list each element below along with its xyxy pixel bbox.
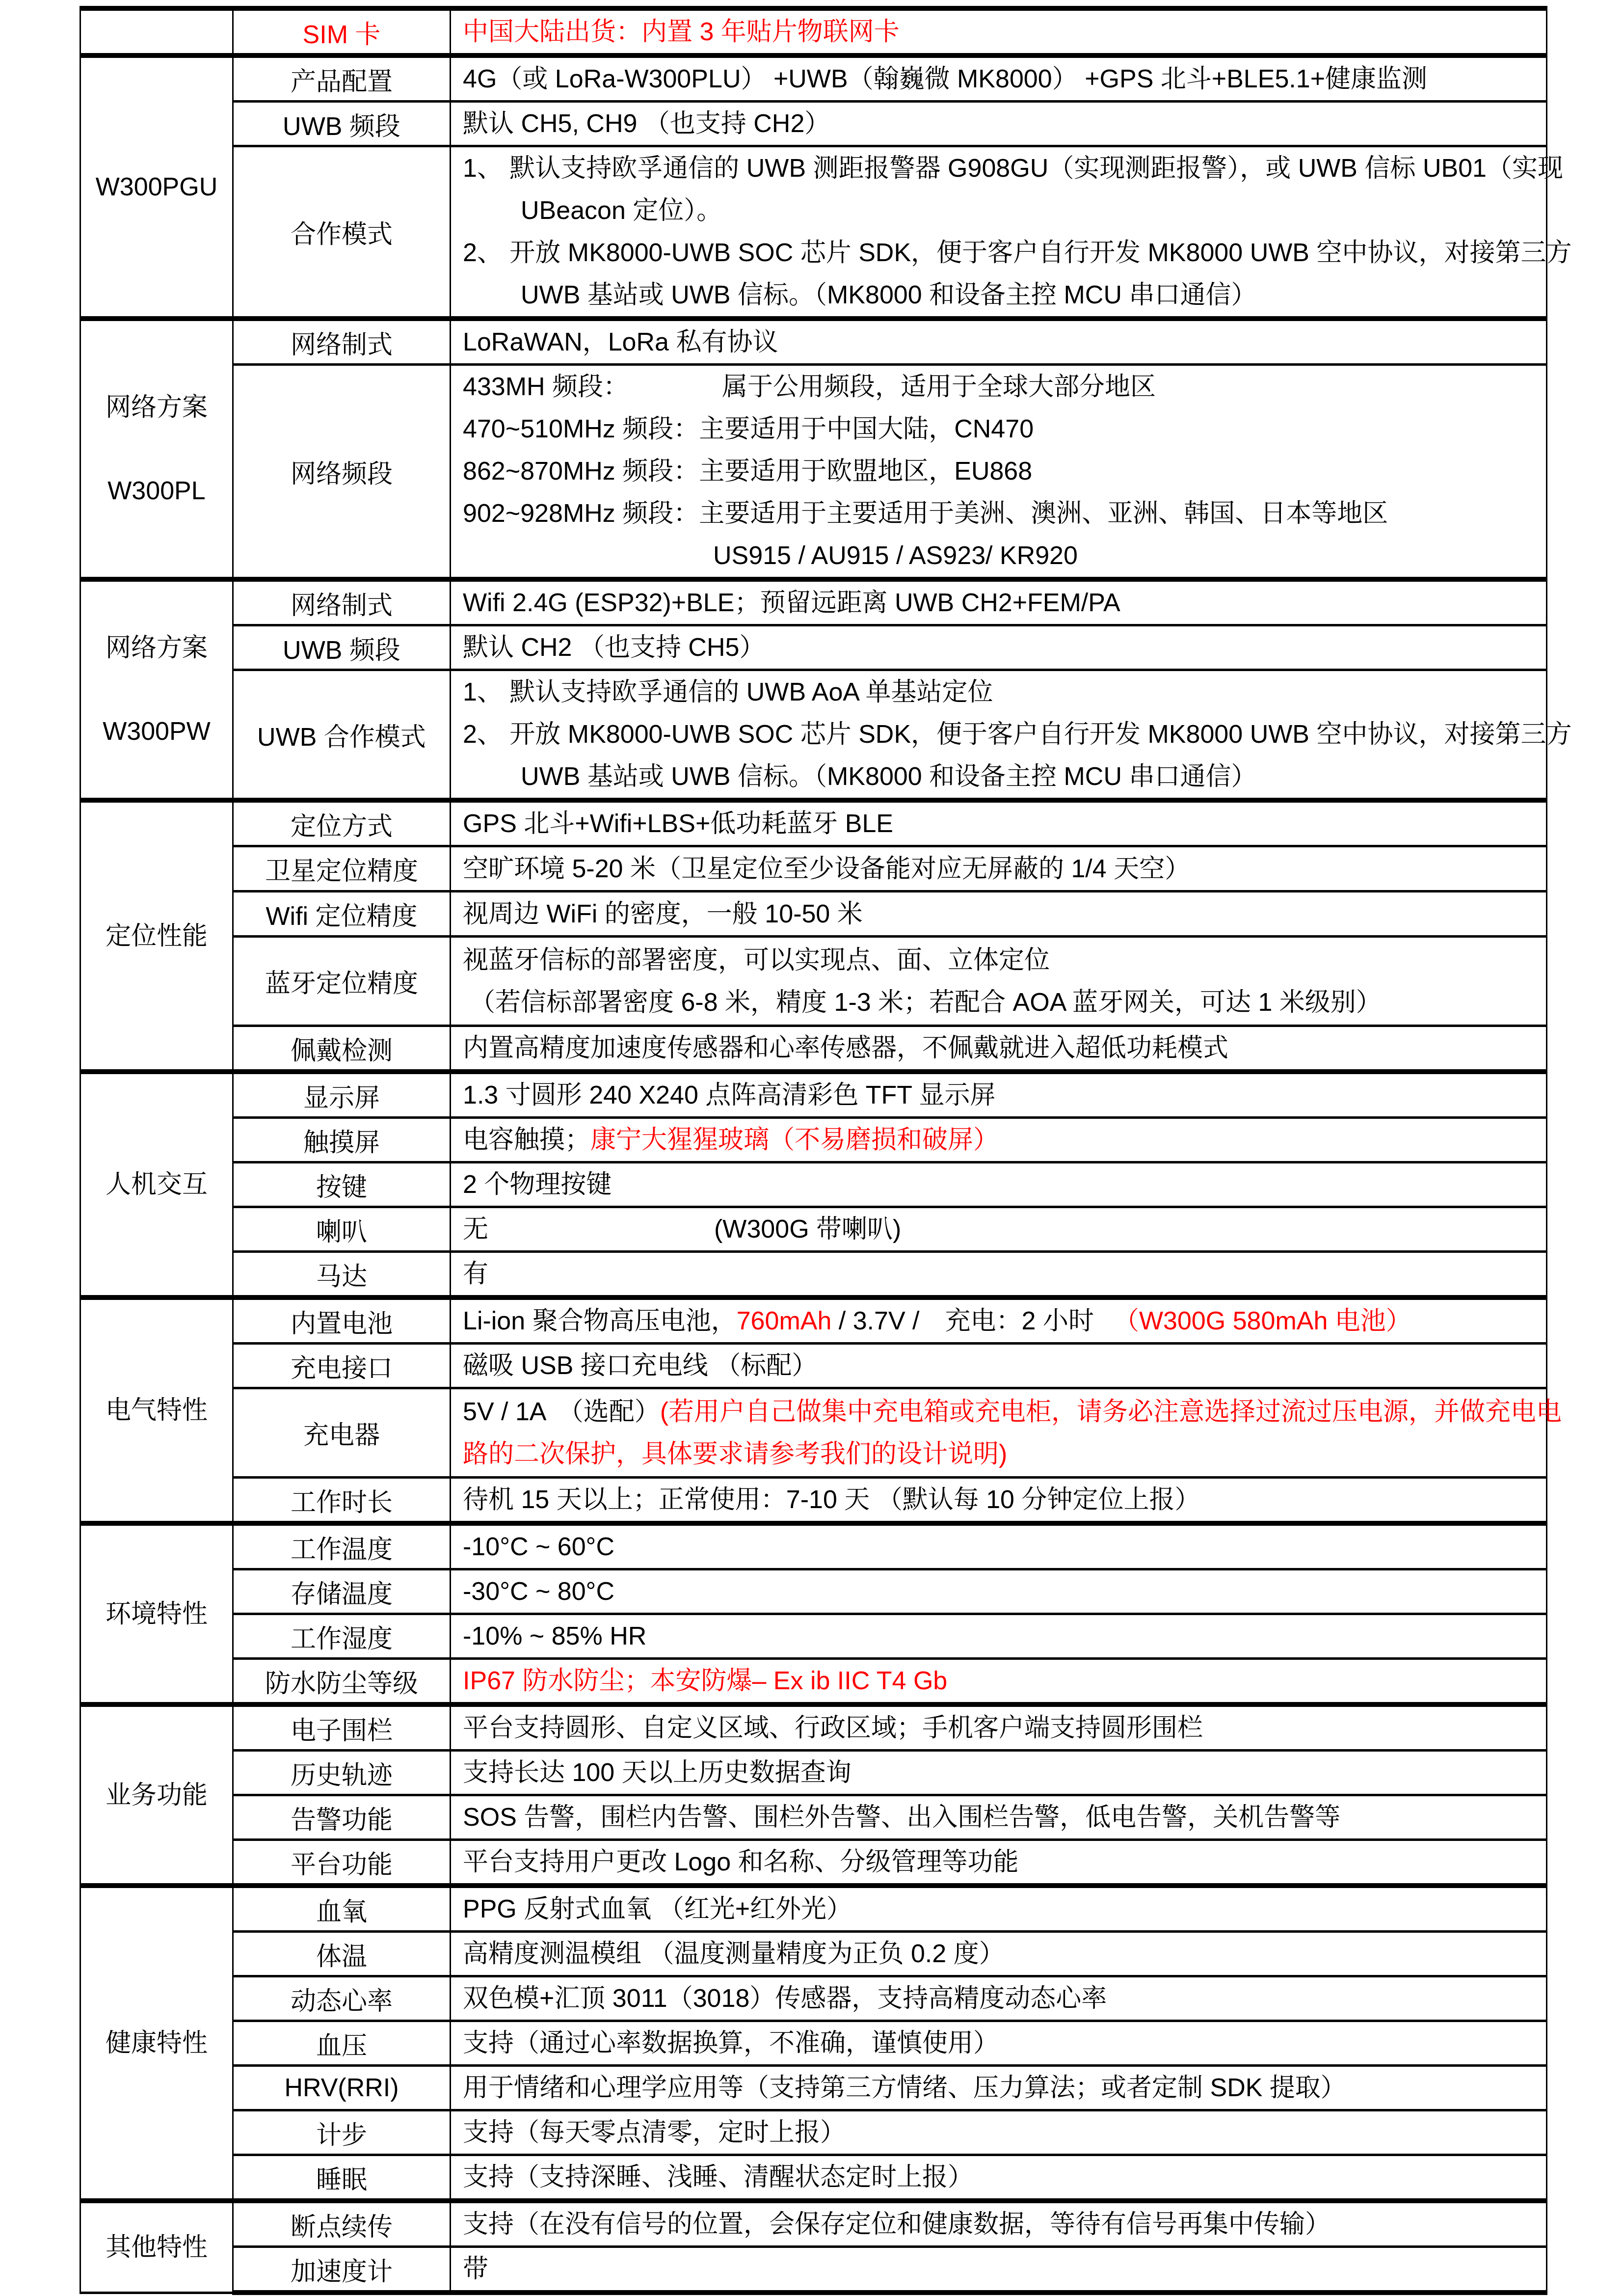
value-line: GPS 北斗+Wifi+LBS+低功耗蓝牙 BLE: [463, 803, 1539, 845]
category-cell: 网络方案W300PW: [80, 579, 233, 800]
category-label: 网络方案: [81, 366, 232, 449]
property-cell: 工作时长: [233, 1478, 451, 1524]
value-segment: 视蓝牙信标的部署密度，可以实现点、面、立体定位: [463, 946, 1050, 974]
table-row: 加速度计带: [80, 2247, 1547, 2293]
value-cell: 内置高精度加速度传感器和心率传感器，不佩戴就进入超低功耗模式: [451, 1026, 1547, 1072]
value-cell: 中国大陆出货：内置 3 年贴片物联网卡: [451, 8, 1547, 55]
table-row: 健康特性血氧PPG 反射式血氧 （红光+红外光）: [80, 1886, 1547, 1932]
value-segment: 无: [463, 1215, 488, 1243]
value-segment: 支持长达 100 天以上历史数据查询: [463, 1758, 851, 1787]
category-cell: 业务功能: [80, 1704, 233, 1886]
value-line: 平台支持圆形、自定义区域、行政区域；手机客户端支持圆形围栏: [463, 1707, 1539, 1749]
document-page: SIM 卡中国大陆出货：内置 3 年贴片物联网卡W300PGU产品配置4G（或 …: [0, 0, 1623, 2296]
property-cell: Wifi 定位精度: [233, 891, 451, 937]
category-label: 健康特性: [81, 2001, 232, 2085]
property-cell: 睡眠: [233, 2155, 451, 2201]
table-row: 告警功能SOS 告警，围栏内告警、围栏外告警、出入围栏告警，低电告警，关机告警等: [80, 1795, 1547, 1840]
value-line: 中国大陆出货：内置 3 年贴片物联网卡: [463, 11, 1539, 53]
table-row: 动态心率双色模+汇顶 3011（3018）传感器，支持高精度动态心率: [80, 1976, 1547, 2021]
value-cell: 1、 默认支持欧孚通信的 UWB AoA 单基站定位2、 开放 MK8000-U…: [451, 670, 1547, 801]
property-label: Wifi 定位精度: [266, 902, 417, 931]
value-line: 视周边 WiFi 的密度，一般 10-50 米: [463, 893, 1539, 935]
value-segment: 有: [463, 1260, 488, 1288]
property-label: 防水防尘等级: [265, 1670, 418, 1698]
property-cell: 显示屏: [233, 1072, 451, 1118]
property-label: 产品配置: [291, 68, 393, 96]
value-segment: 1、 默认支持欧孚通信的 UWB 测距报警器 G908GU（实现测距报警），或 …: [463, 154, 1563, 183]
value-segment: 2、 开放 MK8000-UWB SOC 芯片 SDK，便于客户自行开发 MK8…: [463, 239, 1571, 267]
value-cell: 电容触摸；康宁大猩猩玻璃（不易磨损和破屏）: [451, 1118, 1547, 1162]
value-segment: -10°C ~ 60°C: [463, 1533, 614, 1561]
value-segment-red: IP67 防水防尘；本安防爆– Ex ib IIC T4 Gb: [463, 1667, 947, 1695]
value-line: 5V / 1A （选配）(若用户自己做集中充电箱或充电柜，请务必注意选择过流过压…: [463, 1391, 1539, 1433]
property-cell: 合作模式: [233, 146, 451, 319]
value-segment: 2 个物理按键: [463, 1170, 612, 1199]
property-cell: 卫星定位精度: [233, 846, 451, 891]
value-cell: 默认 CH5, CH9 （也支持 CH2）: [451, 102, 1547, 146]
value-line: 带: [463, 2248, 1539, 2290]
value-segment-red: 康宁大猩猩玻璃（不易磨损和破屏）: [590, 1126, 999, 1154]
value-cell: 2 个物理按键: [451, 1162, 1547, 1207]
property-label: 历史轨迹: [291, 1761, 393, 1790]
table-row: UWB 合作模式1、 默认支持欧孚通信的 UWB AoA 单基站定位2、 开放 …: [80, 670, 1547, 801]
value-line: 高精度测温模组 （温度测量精度为正负 0.2 度）: [463, 1933, 1539, 1975]
table-row: UWB 频段默认 CH2 （也支持 CH5）: [80, 625, 1547, 670]
value-cell: LoRaWAN，LoRa 私有协议: [451, 319, 1547, 365]
category-label: 环境特性: [81, 1572, 232, 1656]
value-segment: 470~510MHz 频段：主要适用于中国大陆，CN470: [463, 415, 1034, 443]
property-cell: 马达: [233, 1252, 451, 1298]
value-segment: 磁吸 USB 接口充电线 （标配）: [463, 1351, 817, 1380]
value-line: -10°C ~ 60°C: [463, 1526, 1539, 1568]
property-label: 马达: [316, 1263, 367, 1291]
value-segment: 支持（通过心率数据换算，不准确，谨慎使用）: [463, 2029, 999, 2057]
table-row: 防水防尘等级IP67 防水防尘；本安防爆– Ex ib IIC T4 Gb: [80, 1659, 1547, 1705]
property-cell: 加速度计: [233, 2247, 451, 2293]
property-cell: 计步: [233, 2110, 451, 2155]
value-segment: 空旷环境 5-20 米（卫星定位至少设备能对应无屏蔽的 1/4 天空）: [463, 855, 1190, 883]
table-row: 按键2 个物理按键: [80, 1162, 1547, 1207]
value-segment: SOS 告警，围栏内告警、围栏外告警、出入围栏告警，低电告警，关机告警等: [463, 1803, 1340, 1832]
value-line: 2 个物理按键: [463, 1163, 1539, 1206]
property-cell: 佩戴检测: [233, 1026, 451, 1072]
category-label: 电气特性: [81, 1369, 232, 1452]
value-cell: GPS 北斗+Wifi+LBS+低功耗蓝牙 BLE: [451, 800, 1547, 846]
table-row: 计步支持（每天零点清零，定时上报）: [80, 2110, 1547, 2155]
value-cell: 视周边 WiFi 的密度，一般 10-50 米: [451, 891, 1547, 937]
value-line: LoRaWAN，LoRa 私有协议: [463, 321, 1539, 363]
value-segment: 1.3 寸圆形 240 X240 点阵高清彩色 TFT 显示屏: [463, 1081, 996, 1109]
table-row: 网络方案W300PL网络制式LoRaWAN，LoRa 私有协议: [80, 319, 1547, 365]
value-cell: 默认 CH2 （也支持 CH5）: [451, 625, 1547, 670]
value-line: 862~870MHz 频段：主要适用于欧盟地区，EU868: [463, 450, 1539, 492]
value-segment: 双色模+汇顶 3011（3018）传感器，支持高精度动态心率: [463, 1984, 1107, 2013]
table-row: 佩戴检测内置高精度加速度传感器和心率传感器，不佩戴就进入超低功耗模式: [80, 1026, 1547, 1072]
category-label: W300PL: [81, 449, 232, 533]
value-cell: SOS 告警，围栏内告警、围栏外告警、出入围栏告警，低电告警，关机告警等: [451, 1795, 1547, 1840]
property-cell: 体温: [233, 1932, 451, 1976]
value-cell: 1.3 寸圆形 240 X240 点阵高清彩色 TFT 显示屏: [451, 1072, 1547, 1118]
value-segment: 2、 开放 MK8000-UWB SOC 芯片 SDK，便于客户自行开发 MK8…: [463, 720, 1571, 749]
property-cell: 网络频段: [233, 365, 451, 580]
value-line: UWB 基站或 UWB 信标。（MK8000 和设备主控 MCU 串口通信）: [463, 756, 1539, 798]
value-cell: 支持（通过心率数据换算，不准确，谨慎使用）: [451, 2021, 1547, 2066]
value-line: US915 / AU915 / AS923/ KR920: [463, 535, 1539, 577]
value-segment: 默认 CH5, CH9 （也支持 CH2）: [463, 109, 830, 138]
property-label: 工作湿度: [291, 1625, 393, 1653]
property-label: 触摸屏: [303, 1129, 380, 1157]
value-segment: 支持（支持深睡、浅睡、清醒状态定时上报）: [463, 2163, 973, 2191]
property-label: 动态心率: [291, 1987, 393, 2016]
value-cell: 带: [451, 2247, 1547, 2293]
value-line: 默认 CH2 （也支持 CH5）: [463, 626, 1539, 669]
value-segment: 1、 默认支持欧孚通信的 UWB AoA 单基站定位: [463, 678, 993, 706]
property-label: 按键: [316, 1173, 367, 1202]
value-line: 无(W300G 带喇叭): [463, 1208, 1539, 1250]
value-segment: 高精度测温模组 （温度测量精度为正负 0.2 度）: [463, 1940, 1005, 1968]
value-segment: 支持（每天零点清零，定时上报）: [463, 2118, 846, 2147]
property-cell: 血氧: [233, 1886, 451, 1932]
value-segment: PPG 反射式血氧 （红光+红外光）: [463, 1895, 852, 1923]
value-segment: Li-ion 聚合物高压电池，: [463, 1307, 737, 1335]
property-label: 体温: [316, 1943, 367, 1971]
value-segment: US915 / AU915 / AS923/ KR920: [713, 541, 1078, 570]
value-line: 内置高精度加速度传感器和心率传感器，不佩戴就进入超低功耗模式: [463, 1027, 1539, 1069]
category-label: 网络方案: [81, 606, 232, 690]
table-row: 历史轨迹支持长达 100 天以上历史数据查询: [80, 1751, 1547, 1795]
table-row: 其他特性断点续传支持（在没有信号的位置，会保存定位和健康数据，等待有信号再集中传…: [80, 2201, 1547, 2247]
table-row: 存储温度-30°C ~ 80°C: [80, 1569, 1547, 1614]
property-cell: 喇叭: [233, 1207, 451, 1252]
table-row: 平台功能平台支持用户更改 Logo 和名称、分级管理等功能: [80, 1840, 1547, 1886]
table-row: SIM 卡中国大陆出货：内置 3 年贴片物联网卡: [80, 8, 1547, 55]
property-cell: SIM 卡: [233, 8, 451, 55]
value-segment: 433MH 频段：: [463, 373, 629, 401]
category-cell: 网络方案W300PL: [80, 319, 233, 579]
value-cell: 高精度测温模组 （温度测量精度为正负 0.2 度）: [451, 1932, 1547, 1976]
property-label: 显示屏: [303, 1084, 380, 1112]
value-line: 1.3 寸圆形 240 X240 点阵高清彩色 TFT 显示屏: [463, 1074, 1539, 1116]
property-label: 充电器: [303, 1421, 380, 1450]
spec-table: SIM 卡中国大陆出货：内置 3 年贴片物联网卡W300PGU产品配置4G（或 …: [80, 6, 1547, 2295]
value-segment: 内置高精度加速度传感器和心率传感器，不佩戴就进入超低功耗模式: [463, 1034, 1228, 1062]
value-segment-red: （W300G 580mAh 电池）: [1114, 1307, 1411, 1335]
value-segment-red: (若用户自己做集中充电箱或充电柜，请务必注意选择过流过压电源，并做充电电: [660, 1398, 1562, 1426]
value-line: 默认 CH5, CH9 （也支持 CH2）: [463, 103, 1539, 145]
value-segment: / 3.7V / 充电：2 小时: [831, 1307, 1094, 1335]
property-cell: 防水防尘等级: [233, 1659, 451, 1705]
table-row: 血压支持（通过心率数据换算，不准确，谨慎使用）: [80, 2021, 1547, 2066]
value-segment: 902~928MHz 频段：主要适用于主要适用于美洲、澳洲、亚洲、韩国、日本等地…: [463, 499, 1388, 528]
category-cell: 健康特性: [80, 1886, 233, 2201]
property-cell: 动态心率: [233, 1976, 451, 2021]
table-row: W300PGU产品配置4G（或 LoRa-W300PLU） +UWB（翰巍微 M…: [80, 55, 1547, 102]
property-label: UWB 频段: [283, 636, 400, 665]
property-label: 计步: [316, 2121, 367, 2150]
property-cell: UWB 合作模式: [233, 670, 451, 801]
value-cell: 用于情绪和心理学应用等（支持第三方情绪、压力算法；或者定制 SDK 提取）: [451, 2066, 1547, 2110]
value-line: 电容触摸；康宁大猩猩玻璃（不易磨损和破屏）: [463, 1119, 1539, 1161]
property-label: 网络频段: [291, 460, 393, 488]
property-cell: 充电接口: [233, 1344, 451, 1388]
property-cell: HRV(RRI): [233, 2066, 451, 2110]
property-cell: 按键: [233, 1162, 451, 1207]
category-cell: [80, 8, 233, 55]
value-line: 用于情绪和心理学应用等（支持第三方情绪、压力算法；或者定制 SDK 提取）: [463, 2067, 1539, 2109]
value-line: 1、 默认支持欧孚通信的 UWB 测距报警器 G908GU（实现测距报警），或 …: [463, 147, 1539, 189]
value-segment: GPS 北斗+Wifi+LBS+低功耗蓝牙 BLE: [463, 810, 893, 838]
property-label: UWB 频段: [283, 112, 400, 141]
value-line: PPG 反射式血氧 （红光+红外光）: [463, 1888, 1539, 1930]
value-segment: (W300G 带喇叭): [714, 1215, 901, 1243]
table-row: Wifi 定位精度视周边 WiFi 的密度，一般 10-50 米: [80, 891, 1547, 937]
property-label: 蓝牙定位精度: [265, 970, 418, 998]
value-line: 支持（在没有信号的位置，会保存定位和健康数据，等待有信号再集中传输）: [463, 2203, 1539, 2245]
value-segment: 4G（或 LoRa-W300PLU） +UWB（翰巍微 MK8000） +GPS…: [463, 65, 1427, 93]
table-row: UWB 频段默认 CH5, CH9 （也支持 CH2）: [80, 102, 1547, 146]
property-cell: 工作温度: [233, 1523, 451, 1569]
table-row: 喇叭无(W300G 带喇叭): [80, 1207, 1547, 1252]
table-row: 人机交互显示屏1.3 寸圆形 240 X240 点阵高清彩色 TFT 显示屏: [80, 1072, 1547, 1118]
category-cell: 其他特性: [80, 2201, 233, 2293]
property-cell: 触摸屏: [233, 1118, 451, 1162]
category-cell: 人机交互: [80, 1072, 233, 1297]
property-cell: 断点续传: [233, 2201, 451, 2247]
property-label: 血氧: [316, 1898, 367, 1926]
value-segment: 视周边 WiFi 的密度，一般 10-50 米: [463, 900, 863, 928]
value-cell: Wifi 2.4G (ESP32)+BLE；预留远距离 UWB CH2+FEM/…: [451, 579, 1547, 625]
value-line: 支持（通过心率数据换算，不准确，谨慎使用）: [463, 2022, 1539, 2064]
value-segment: 电容触摸；: [463, 1126, 590, 1154]
property-cell: 告警功能: [233, 1795, 451, 1840]
table-row: 睡眠支持（支持深睡、浅睡、清醒状态定时上报）: [80, 2155, 1547, 2201]
value-segment: 支持（在没有信号的位置，会保存定位和健康数据，等待有信号再集中传输）: [463, 2210, 1330, 2239]
value-line: Li-ion 聚合物高压电池，760mAh / 3.7V / 充电：2 小时（W…: [463, 1300, 1539, 1342]
property-cell: 工作湿度: [233, 1614, 451, 1659]
category-label: 业务功能: [81, 1754, 232, 1837]
value-line: UBeacon 定位）。: [463, 189, 1539, 232]
category-label: 定位性能: [81, 894, 232, 978]
property-label: 充电接口: [291, 1354, 393, 1383]
value-segment: UWB 基站或 UWB 信标。（MK8000 和设备主控 MCU 串口通信）: [521, 281, 1256, 309]
value-cell: 4G（或 LoRa-W300PLU） +UWB（翰巍微 MK8000） +GPS…: [451, 55, 1547, 102]
value-segment: -30°C ~ 80°C: [463, 1577, 614, 1606]
value-line: 平台支持用户更改 Logo 和名称、分级管理等功能: [463, 1841, 1539, 1883]
property-label: 内置电池: [291, 1310, 393, 1338]
value-cell: -10% ~ 85% HR: [451, 1614, 1547, 1659]
value-line: 有: [463, 1253, 1539, 1295]
value-segment-red: 路的二次保护，具体要求请参考我们的设计说明): [463, 1440, 1007, 1468]
value-segment: 带: [463, 2255, 488, 2283]
value-segment: 平台支持圆形、自定义区域、行政区域；手机客户端支持圆形围栏: [463, 1714, 1203, 1742]
value-line: 路的二次保护，具体要求请参考我们的设计说明): [463, 1433, 1539, 1475]
table-row: HRV(RRI)用于情绪和心理学应用等（支持第三方情绪、压力算法；或者定制 SD…: [80, 2066, 1547, 2110]
table-row: 定位性能定位方式GPS 北斗+Wifi+LBS+低功耗蓝牙 BLE: [80, 800, 1547, 846]
value-cell: 空旷环境 5-20 米（卫星定位至少设备能对应无屏蔽的 1/4 天空）: [451, 846, 1547, 891]
property-label: 工作温度: [291, 1536, 393, 1564]
property-cell: 充电器: [233, 1388, 451, 1478]
property-label: 断点续传: [291, 2213, 393, 2242]
property-label: HRV(RRI): [284, 2074, 399, 2102]
value-cell: 平台支持圆形、自定义区域、行政区域；手机客户端支持圆形围栏: [451, 1704, 1547, 1751]
value-segment: 待机 15 天以上；正常使用：7-10 天 （默认每 10 分钟定位上报）: [463, 1486, 1200, 1514]
value-segment: 用于情绪和心理学应用等（支持第三方情绪、压力算法；或者定制 SDK 提取）: [463, 2074, 1346, 2102]
table-row: 电气特性内置电池Li-ion 聚合物高压电池，760mAh / 3.7V / 充…: [80, 1297, 1547, 1344]
table-row: 业务功能电子围栏平台支持圆形、自定义区域、行政区域；手机客户端支持圆形围栏: [80, 1704, 1547, 1751]
category-label: W300PGU: [81, 145, 232, 229]
value-cell: IP67 防水防尘；本安防爆– Ex ib IIC T4 Gb: [451, 1659, 1547, 1705]
value-segment: 平台支持用户更改 Logo 和名称、分级管理等功能: [463, 1848, 1019, 1876]
property-cell: 蓝牙定位精度: [233, 937, 451, 1026]
value-cell: 433MH 频段：属于公用频段，适用于全球大部分地区470~510MHz 频段：…: [451, 365, 1547, 580]
value-line: 1、 默认支持欧孚通信的 UWB AoA 单基站定位: [463, 671, 1539, 713]
value-segment: -10% ~ 85% HR: [463, 1622, 646, 1650]
property-label: 喇叭: [316, 1218, 367, 1246]
value-line: -30°C ~ 80°C: [463, 1570, 1539, 1613]
property-label: 工作时长: [291, 1488, 393, 1517]
property-label: SIM 卡: [303, 21, 381, 49]
table-row: 触摸屏电容触摸；康宁大猩猩玻璃（不易磨损和破屏）: [80, 1118, 1547, 1162]
property-cell: 血压: [233, 2021, 451, 2066]
table-row: 充电接口磁吸 USB 接口充电线 （标配）: [80, 1344, 1547, 1388]
property-label: 合作模式: [291, 220, 393, 249]
category-cell: W300PGU: [80, 55, 233, 319]
value-cell: 有: [451, 1252, 1547, 1298]
value-cell: 1、 默认支持欧孚通信的 UWB 测距报警器 G908GU（实现测距报警），或 …: [451, 146, 1547, 319]
property-cell: 产品配置: [233, 55, 451, 102]
value-line: （若信标部署密度 6-8 米，精度 1-3 米；若配合 AOA 蓝牙网关，可达 …: [463, 981, 1539, 1024]
value-cell: -30°C ~ 80°C: [451, 1569, 1547, 1614]
value-segment: 862~870MHz 频段：主要适用于欧盟地区，EU868: [463, 457, 1032, 486]
property-cell: 平台功能: [233, 1840, 451, 1886]
property-label: 告警功能: [291, 1806, 393, 1835]
table-row: 合作模式1、 默认支持欧孚通信的 UWB 测距报警器 G908GU（实现测距报警…: [80, 146, 1547, 319]
table-row: 马达有: [80, 1252, 1547, 1298]
property-label: 电子围栏: [291, 1717, 393, 1745]
table-row: 工作湿度-10% ~ 85% HR: [80, 1614, 1547, 1659]
category-cell: 环境特性: [80, 1523, 233, 1704]
value-segment: UBeacon 定位）。: [521, 196, 722, 225]
value-line: -10% ~ 85% HR: [463, 1615, 1539, 1657]
property-label: 加速度计: [291, 2258, 393, 2286]
category-cell: 定位性能: [80, 800, 233, 1072]
value-line: SOS 告警，围栏内告警、围栏外告警、出入围栏告警，低电告警，关机告警等: [463, 1796, 1539, 1838]
property-cell: 内置电池: [233, 1297, 451, 1344]
property-cell: UWB 频段: [233, 625, 451, 670]
property-cell: 存储温度: [233, 1569, 451, 1614]
property-label: 平台功能: [291, 1851, 393, 1879]
property-label: 佩戴检测: [291, 1037, 393, 1065]
value-segment-red: 760mAh: [737, 1307, 832, 1335]
category-label: 其他特性: [81, 2206, 232, 2289]
table-row: 充电器5V / 1A （选配）(若用户自己做集中充电箱或充电柜，请务必注意选择过…: [80, 1388, 1547, 1478]
value-line: 470~510MHz 频段：主要适用于中国大陆，CN470: [463, 408, 1539, 450]
table-row: 网络频段433MH 频段：属于公用频段，适用于全球大部分地区470~510MHz…: [80, 365, 1547, 580]
property-cell: 电子围栏: [233, 1704, 451, 1751]
property-cell: 网络制式: [233, 579, 451, 625]
value-line: 磁吸 USB 接口充电线 （标配）: [463, 1345, 1539, 1387]
property-cell: 网络制式: [233, 319, 451, 365]
value-segment: 默认 CH2 （也支持 CH5）: [463, 633, 765, 662]
table-row: 卫星定位精度空旷环境 5-20 米（卫星定位至少设备能对应无屏蔽的 1/4 天空…: [80, 846, 1547, 891]
property-label: UWB 合作模式: [257, 723, 426, 752]
value-line: 待机 15 天以上；正常使用：7-10 天 （默认每 10 分钟定位上报）: [463, 1479, 1539, 1521]
value-cell: 支持（每天零点清零，定时上报）: [451, 2110, 1547, 2155]
value-segment: 5V / 1A （选配）: [463, 1398, 660, 1426]
value-cell: 待机 15 天以上；正常使用：7-10 天 （默认每 10 分钟定位上报）: [451, 1478, 1547, 1524]
value-cell: 5V / 1A （选配）(若用户自己做集中充电箱或充电柜，请务必注意选择过流过压…: [451, 1388, 1547, 1478]
value-cell: 磁吸 USB 接口充电线 （标配）: [451, 1344, 1547, 1388]
value-segment: LoRaWAN，LoRa 私有协议: [463, 328, 778, 356]
value-cell: 平台支持用户更改 Logo 和名称、分级管理等功能: [451, 1840, 1547, 1886]
property-cell: 定位方式: [233, 800, 451, 846]
category-label: W300PW: [81, 690, 232, 773]
property-label: 定位方式: [291, 812, 393, 841]
value-cell: 支持（在没有信号的位置，会保存定位和健康数据，等待有信号再集中传输）: [451, 2201, 1547, 2247]
property-label: 存储温度: [291, 1580, 393, 1609]
value-cell: PPG 反射式血氧 （红光+红外光）: [451, 1886, 1547, 1932]
value-segment: 属于公用频段，适用于全球大部分地区: [722, 373, 1156, 401]
table-row: 工作时长待机 15 天以上；正常使用：7-10 天 （默认每 10 分钟定位上报…: [80, 1478, 1547, 1524]
table-row: 环境特性工作温度-10°C ~ 60°C: [80, 1523, 1547, 1569]
value-line: 视蓝牙信标的部署密度，可以实现点、面、立体定位: [463, 939, 1539, 981]
value-segment: Wifi 2.4G (ESP32)+BLE；预留远距离 UWB CH2+FEM/…: [463, 589, 1120, 617]
value-line: 支持（每天零点清零，定时上报）: [463, 2111, 1539, 2154]
value-cell: 视蓝牙信标的部署密度，可以实现点、面、立体定位（若信标部署密度 6-8 米，精度…: [451, 937, 1547, 1026]
value-line: UWB 基站或 UWB 信标。（MK8000 和设备主控 MCU 串口通信）: [463, 274, 1539, 316]
value-cell: 双色模+汇顶 3011（3018）传感器，支持高精度动态心率: [451, 1976, 1547, 2021]
value-cell: 支持（支持深睡、浅睡、清醒状态定时上报）: [451, 2155, 1547, 2201]
value-line: 空旷环境 5-20 米（卫星定位至少设备能对应无屏蔽的 1/4 天空）: [463, 848, 1539, 890]
value-line: Wifi 2.4G (ESP32)+BLE；预留远距离 UWB CH2+FEM/…: [463, 582, 1539, 624]
table-row: 网络方案W300PW网络制式Wifi 2.4G (ESP32)+BLE；预留远距…: [80, 579, 1547, 625]
property-cell: 历史轨迹: [233, 1751, 451, 1795]
value-line: 433MH 频段：属于公用频段，适用于全球大部分地区: [463, 366, 1539, 408]
value-line: 支持（支持深睡、浅睡、清醒状态定时上报）: [463, 2156, 1539, 2198]
value-segment: （若信标部署密度 6-8 米，精度 1-3 米；若配合 AOA 蓝牙网关，可达 …: [470, 988, 1382, 1017]
value-line: IP67 防水防尘；本安防爆– Ex ib IIC T4 Gb: [463, 1660, 1539, 1702]
property-cell: UWB 频段: [233, 102, 451, 146]
value-cell: -10°C ~ 60°C: [451, 1523, 1547, 1569]
value-cell: 无(W300G 带喇叭): [451, 1207, 1547, 1252]
value-line: 4G（或 LoRa-W300PLU） +UWB（翰巍微 MK8000） +GPS…: [463, 58, 1539, 100]
value-line: 2、 开放 MK8000-UWB SOC 芯片 SDK，便于客户自行开发 MK8…: [463, 232, 1539, 274]
property-label: 网络制式: [291, 331, 393, 359]
value-line: 双色模+汇顶 3011（3018）传感器，支持高精度动态心率: [463, 1977, 1539, 2020]
spec-table-body: SIM 卡中国大陆出货：内置 3 年贴片物联网卡W300PGU产品配置4G（或 …: [80, 8, 1547, 2293]
property-label: 卫星定位精度: [265, 857, 418, 886]
value-line: 2、 开放 MK8000-UWB SOC 芯片 SDK，便于客户自行开发 MK8…: [463, 713, 1539, 756]
value-cell: Li-ion 聚合物高压电池，760mAh / 3.7V / 充电：2 小时（W…: [451, 1297, 1547, 1344]
category-cell: 电气特性: [80, 1297, 233, 1523]
table-row: 蓝牙定位精度视蓝牙信标的部署密度，可以实现点、面、立体定位（若信标部署密度 6-…: [80, 937, 1547, 1026]
table-row: 体温高精度测温模组 （温度测量精度为正负 0.2 度）: [80, 1932, 1547, 1976]
value-line: 支持长达 100 天以上历史数据查询: [463, 1752, 1539, 1794]
value-cell: 支持长达 100 天以上历史数据查询: [451, 1751, 1547, 1795]
value-segment: UWB 基站或 UWB 信标。（MK8000 和设备主控 MCU 串口通信）: [521, 762, 1256, 791]
category-label: 人机交互: [81, 1143, 232, 1226]
value-line: 902~928MHz 频段：主要适用于主要适用于美洲、澳洲、亚洲、韩国、日本等地…: [463, 492, 1539, 535]
property-label: 睡眠: [316, 2166, 367, 2194]
property-label: 网络制式: [291, 592, 393, 620]
property-label: 血压: [316, 2032, 367, 2060]
value-segment-red: 中国大陆出货：内置 3 年贴片物联网卡: [463, 18, 900, 46]
